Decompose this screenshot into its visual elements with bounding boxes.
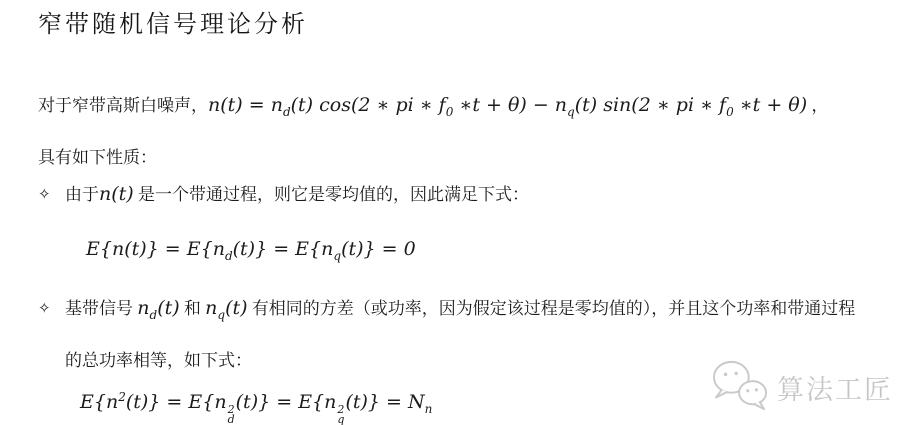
properties-label: 具有如下性质： xyxy=(38,143,157,168)
intro-line-with-noise-model-formula: 对于窄带高斯白噪声，n(t) = nd(t) cos(2 ∗ pi ∗ f0 ∗… xyxy=(38,91,828,119)
four-pointed-star-bullet-icon: ✧ xyxy=(38,183,51,205)
document-page: 窄带随机信号理论分析 对于窄带高斯白噪声，n(t) = nd(t) cos(2 … xyxy=(0,0,899,425)
four-pointed-star-bullet-icon: ✧ xyxy=(38,286,51,331)
watermark-brand: 算法工匠 xyxy=(777,368,893,407)
wechat-icon xyxy=(711,358,771,417)
formula-zero-mean: E{n(t)} = E{nd(t)} = E{nq(t)} = 0 xyxy=(86,236,416,270)
bullet-item-zero-mean: ✧ 由于n(t) 是一个带通过程，则它是零均值的，因此满足下式： xyxy=(38,183,866,206)
formula-total-power: E{n2(t)} = E{n2d(t)} = E{n2q(t)} = Nn xyxy=(80,384,432,425)
bullet-zero-mean-text: 由于n(t) 是一个带通过程，则它是零均值的，因此满足下式： xyxy=(38,183,866,206)
page-title: 窄带随机信号理论分析 xyxy=(38,4,308,39)
watermark: 算法工匠 xyxy=(711,358,893,417)
